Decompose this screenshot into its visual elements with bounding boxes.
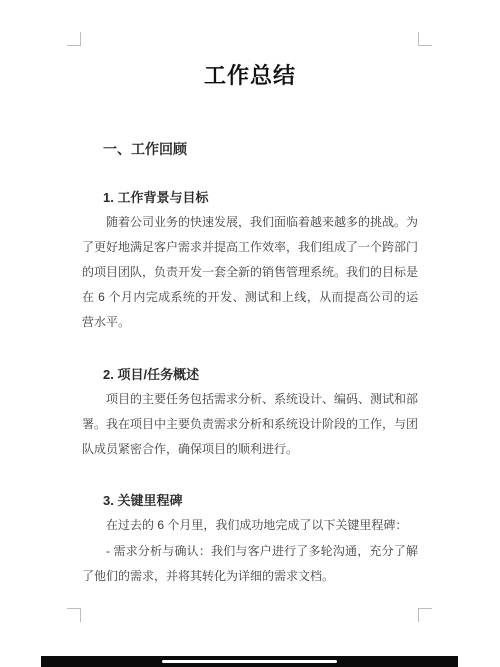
margin-corner-mark-top-right (418, 32, 432, 46)
paragraph: 在过去的 6 个月里，我们成功地完成了以下关键里程碑： (82, 513, 418, 538)
system-navigation-bar (41, 656, 458, 667)
margin-corner-mark-bottom-left (67, 608, 81, 622)
paragraph: 随着公司业务的快速发展，我们面临着越来越多的挑战。为了更好地满足客户需求并提高工… (82, 210, 418, 335)
document-page: 工作总结 一、工作回顾 1. 工作背景与目标 随着公司业务的快速发展，我们面临着… (0, 0, 500, 667)
chapter-heading: 一、工作回顾 (82, 139, 418, 159)
document-title: 工作总结 (82, 60, 418, 92)
paragraph: 项目的主要任务包括需求分析、系统设计、编码、测试和部署。我在项目中主要负责需求分… (82, 387, 418, 462)
margin-corner-mark-top-left (67, 32, 81, 46)
document-content: 工作总结 一、工作回顾 1. 工作背景与目标 随着公司业务的快速发展，我们面临着… (82, 0, 418, 589)
section-heading-1: 1. 工作背景与目标 (82, 188, 418, 208)
section-heading-2: 2. 项目/任务概述 (82, 365, 418, 385)
section-heading-3: 3. 关键里程碑 (82, 491, 418, 511)
margin-corner-mark-bottom-right (418, 608, 432, 622)
home-indicator-handle[interactable] (162, 660, 337, 663)
paragraph-bullet-milestone: - 需求分析与确认：我们与客户进行了多轮沟通，充分了解了他们的需求，并将其转化为… (82, 539, 418, 589)
